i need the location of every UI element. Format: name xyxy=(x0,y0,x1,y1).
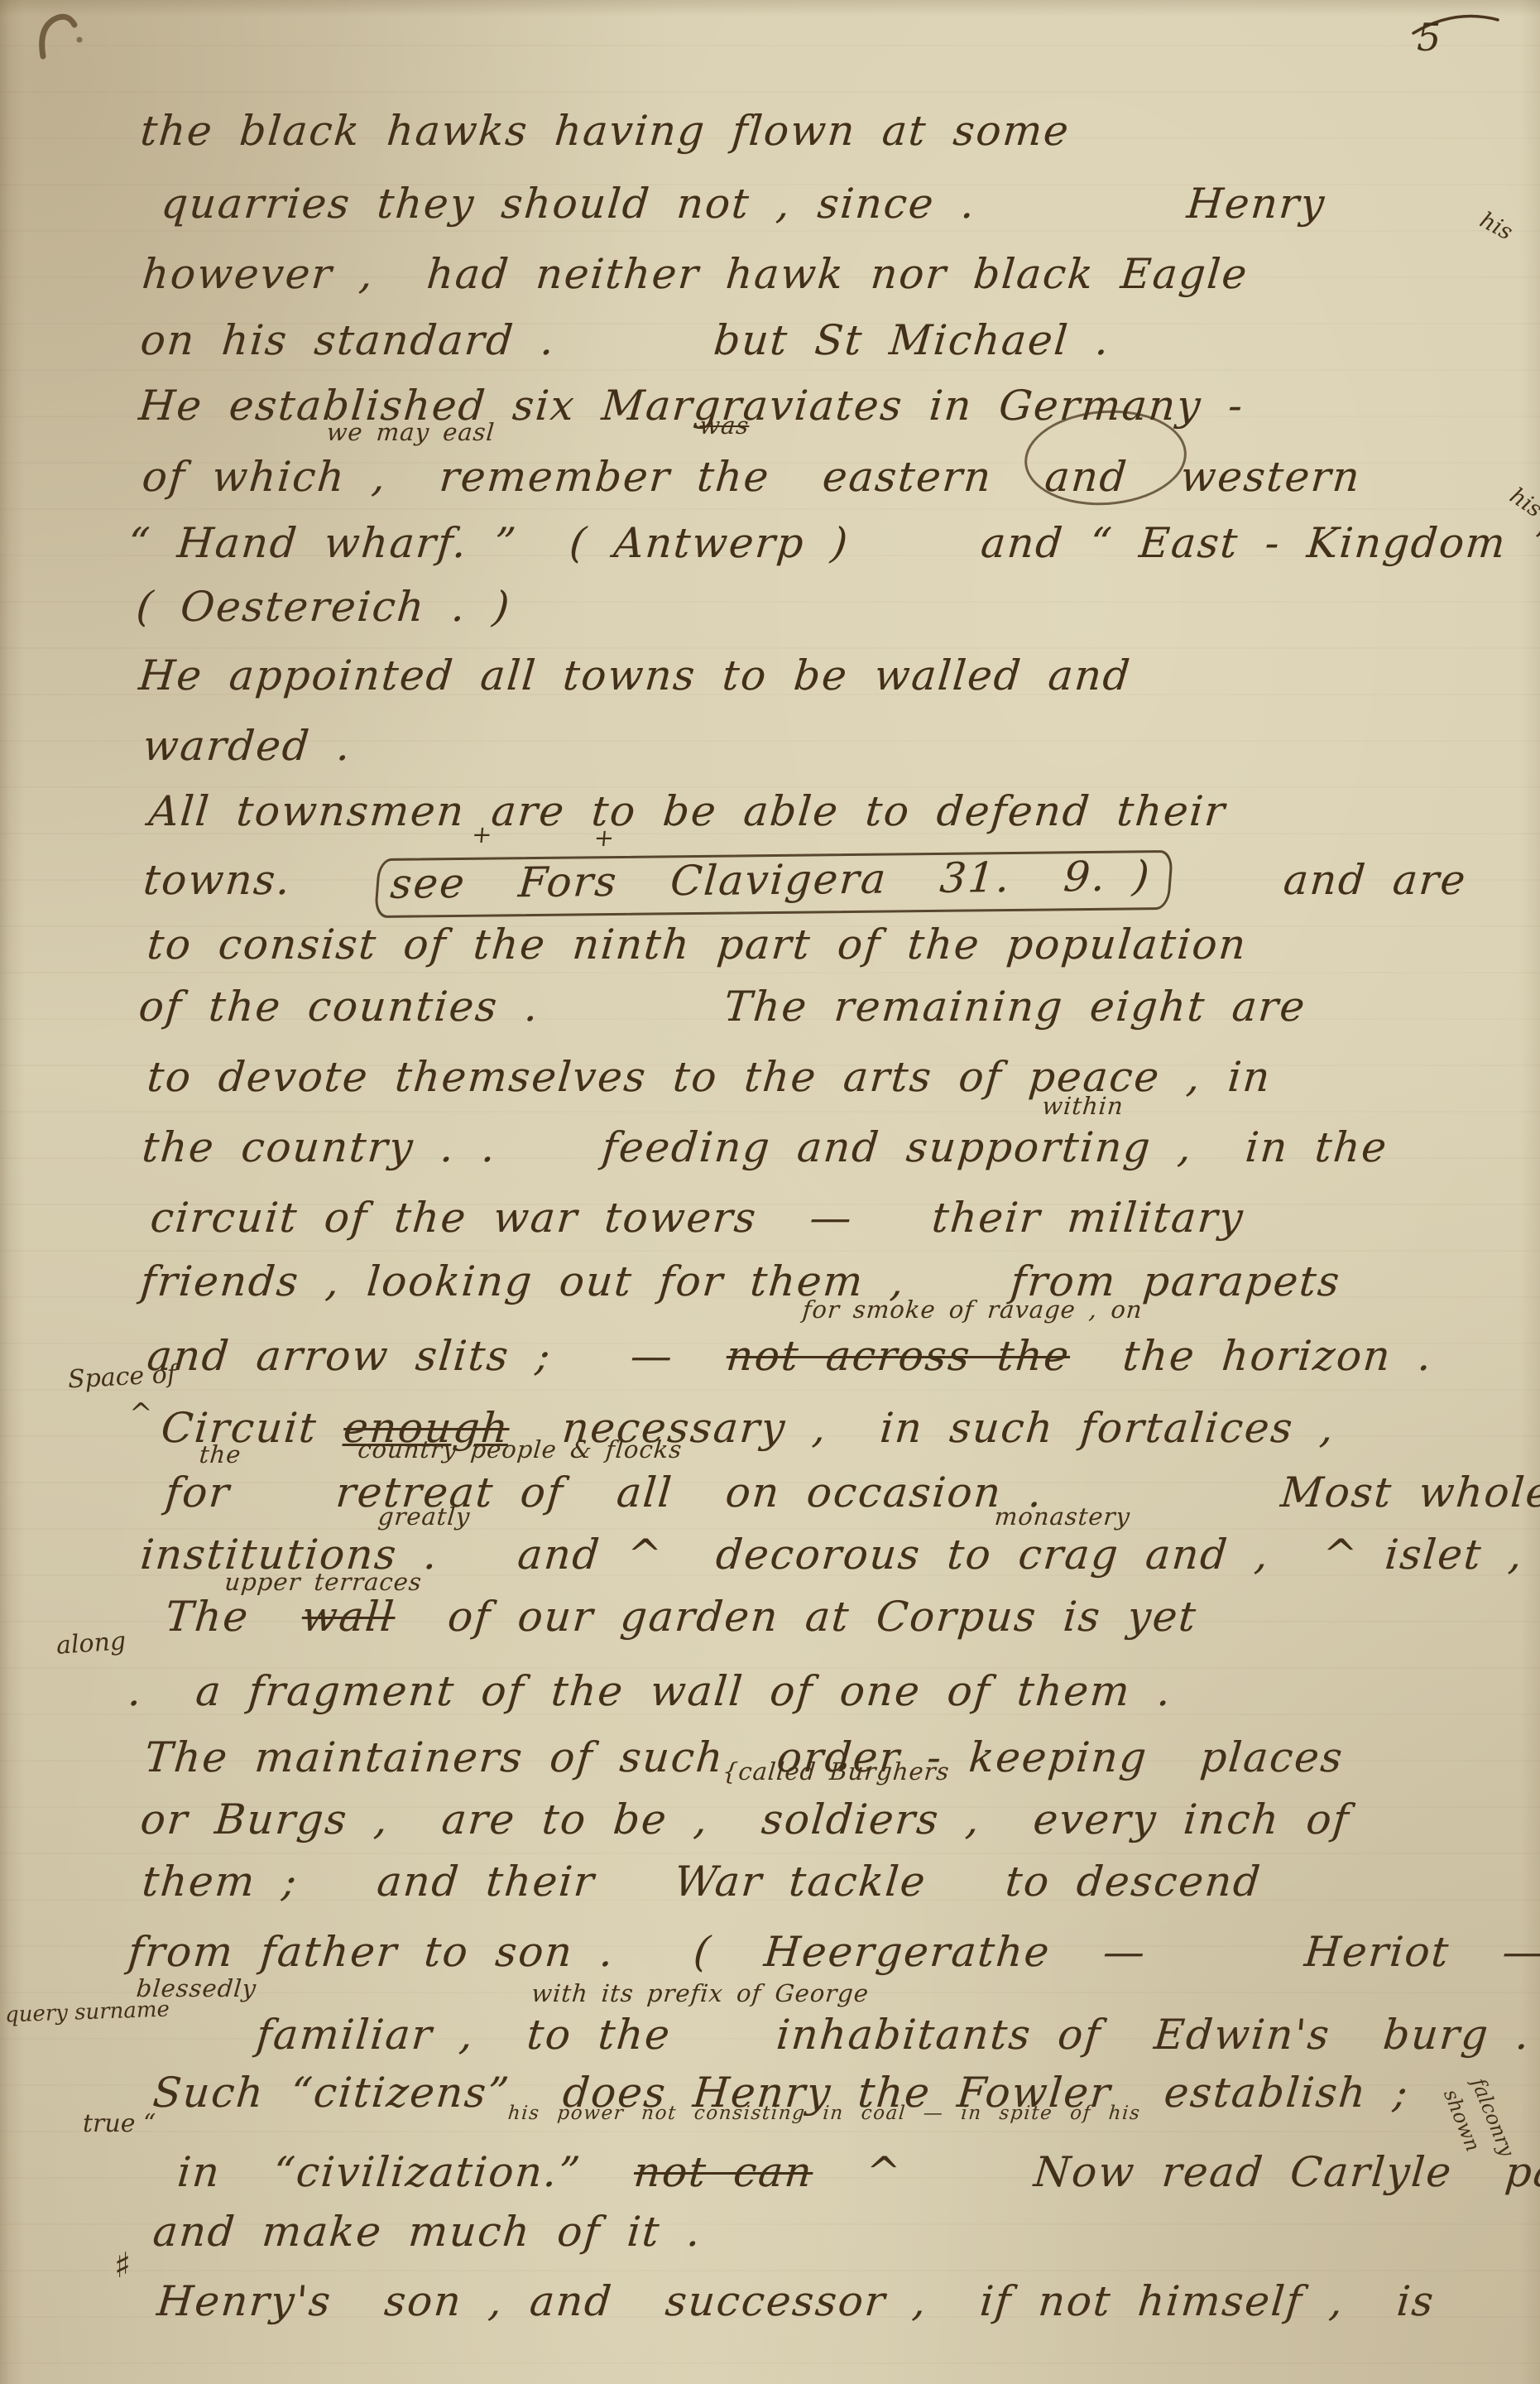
handwritten-text: friends , looking out for them , from pa… xyxy=(138,1257,1342,1305)
manuscript-line: circuit of the war towers — their milita… xyxy=(149,1194,1246,1241)
manuscript-line: the country . . feeding and supporting ,… xyxy=(141,1124,1390,1170)
manuscript-line: He appointed all towns to be walled and xyxy=(137,652,1134,699)
page-number: 5 xyxy=(1417,15,1441,60)
manuscript-line: warded . xyxy=(142,723,354,769)
manuscript-line: All townsmen are to be able to defend th… xyxy=(147,788,1229,834)
inserted-word: greatly xyxy=(377,1503,472,1530)
manuscript-line: to consist of the ninth part of the popu… xyxy=(146,921,1250,968)
struck-word: wall xyxy=(300,1593,397,1641)
inserted-word: blessedly xyxy=(135,1975,257,2002)
handwritten-text: familiar , to the inhabitants of Edwin's… xyxy=(254,2011,1540,2059)
handwritten-text: the horizon . xyxy=(1068,1332,1435,1380)
handwritten-text: however , had neither hawk nor black Eag… xyxy=(140,250,1250,298)
handwritten-text: quarries they should not , since . Henry xyxy=(159,180,1327,228)
handwritten-text: Henry's son , and successor , if not him… xyxy=(155,2277,1437,2325)
handwritten-text: circuit of the war towers — their milita… xyxy=(148,1194,1246,1242)
manuscript-line: or Burgs , are to be , soldiers , every … xyxy=(139,1796,1352,1843)
manuscript-line: ( Oestereich . ) xyxy=(135,584,513,630)
handwritten-text: Circuit xyxy=(159,1404,345,1452)
manuscript-line: of which , remember the eastern and west… xyxy=(141,454,1363,500)
manuscript-line: . a fragment of the wall of one of them … xyxy=(127,1668,1174,1714)
corner-ink-mark xyxy=(31,8,98,74)
manuscript-line: towns. see Fors Clavigera 31. 9. ) and a… xyxy=(141,854,1469,914)
manuscript-line: of the counties . The remaining eight ar… xyxy=(137,983,1308,1030)
manuscript-line: familiar , to the inhabitants of Edwin's… xyxy=(255,2011,1540,2058)
inserted-word: for smoke of ravage , on xyxy=(801,1296,1144,1323)
manuscript-line: from father to son . ( Heergerathe — Her… xyxy=(127,1929,1540,1975)
inserted-word: country people & flocks xyxy=(357,1436,684,1463)
handwritten-text: He established six Margraviates in Germa… xyxy=(137,382,1245,430)
manuscript-line: He established six Margraviates in Germa… xyxy=(137,382,1246,429)
handwritten-text: in “civilization.” xyxy=(175,2148,636,2196)
handwritten-text: of which , remember the eastern and west… xyxy=(140,453,1363,501)
inserted-word: monastery xyxy=(994,1503,1132,1530)
struck-word: not can xyxy=(632,2148,815,2196)
handwritten-text: warded . xyxy=(141,722,353,770)
handwritten-text: for retreat of all on occasion . Most wh… xyxy=(163,1468,1540,1516)
margin-note-hash-mark: ♯ xyxy=(114,2245,131,2285)
handwritten-text: on his standard . but St Michael . xyxy=(138,316,1112,364)
handwritten-text: of our garden at Corpus is yet xyxy=(393,1593,1199,1641)
manuscript-line: Henry's son , and successor , if not him… xyxy=(156,2278,1437,2324)
manuscript-line: for retreat of all on occasion . Most wh… xyxy=(164,1469,1540,1516)
manuscript-line: and arrow slits ; — not across the the h… xyxy=(146,1333,1435,1379)
manuscript-line: however , had neither hawk nor black Eag… xyxy=(141,251,1250,297)
handwritten-text: towns. xyxy=(142,856,373,904)
handwritten-text: He appointed all towns to be walled and xyxy=(137,651,1133,699)
inserted-word: + xyxy=(592,824,616,851)
handwritten-text: and are xyxy=(1176,856,1469,904)
margin-note-along: along xyxy=(55,1627,127,1661)
struck-inserted-word: was xyxy=(698,412,751,439)
struck-word: not across the xyxy=(724,1332,1072,1380)
manuscript-line: “ Hand wharf. ” ( Antwerp ) and “ East -… xyxy=(127,520,1540,566)
margin-note-space-caret: ^ xyxy=(129,1397,153,1430)
inserted-word: upper terraces xyxy=(223,1569,423,1595)
margin-note-his-upper: his xyxy=(1475,207,1517,245)
handwritten-text: to consist of the ninth part of the popu… xyxy=(145,920,1249,968)
inserted-word: + xyxy=(471,821,494,848)
margin-note-his-mid: his xyxy=(1505,483,1540,522)
manuscript-line: on his standard . but St Michael . xyxy=(139,317,1112,363)
manuscript-line: the black hawks having flown at some xyxy=(139,108,1072,154)
handwritten-text: them ; and their War tackle to descend xyxy=(140,1858,1263,1906)
handwritten-text: or Burgs , are to be , soldiers , every … xyxy=(138,1795,1351,1843)
handwritten-text: ( Oestereich . ) xyxy=(134,583,512,631)
handwritten-text: and make much of it . xyxy=(151,2208,703,2256)
handwritten-text: All townsmen are to be able to defend th… xyxy=(146,787,1228,835)
handwritten-text: the country . . feeding and supporting ,… xyxy=(140,1123,1389,1171)
inserted-word: within xyxy=(1041,1093,1125,1119)
inserted-word: {called Burghers xyxy=(722,1758,951,1785)
manuscript-line: Circuit enough necessary , in such forta… xyxy=(160,1405,1337,1451)
manuscript-line: The wall of our garden at Corpus is yetu… xyxy=(164,1593,1200,1640)
handwritten-text: The xyxy=(163,1593,304,1641)
handwritten-text: “ Hand wharf. ” ( Antwerp ) and “ East -… xyxy=(126,519,1540,567)
handwritten-text: from father to son . ( Heergerathe — Her… xyxy=(126,1928,1540,1976)
inserted-word: the xyxy=(199,1441,242,1468)
boxed-reference: see Fors Clavigera 31. 9. ) xyxy=(374,850,1173,918)
handwritten-text: of the counties . The remaining eight ar… xyxy=(137,983,1307,1031)
handwritten-text: ^ Now read Carlyle page xyxy=(811,2148,1540,2196)
manuscript-line: them ; and their War tackle to descend xyxy=(141,1858,1264,1905)
manuscript-line: and make much of it . xyxy=(151,2209,704,2255)
manuscript-line: quarries they should not , since . Henry xyxy=(160,180,1328,227)
manuscript-page: 5 his his Space of ^ along query surname… xyxy=(0,0,1540,2384)
handwritten-text: and arrow slits ; — xyxy=(145,1332,728,1380)
manuscript-line: friends , looking out for them , from pa… xyxy=(139,1258,1343,1305)
manuscript-line: in “civilization.” not can ^ Now read Ca… xyxy=(175,2140,1540,2197)
handwritten-text: the black hawks having flown at some xyxy=(138,107,1072,155)
inserted-word: we may easl xyxy=(325,419,496,445)
inserted-word: with its prefix of George xyxy=(530,1980,870,2007)
interlinear-note: his power not consisting in coal — in sp… xyxy=(507,2103,1142,2125)
handwritten-text: . a fragment of the wall of one of them … xyxy=(126,1667,1174,1715)
margin-note-true-quote: true “ xyxy=(83,2109,156,2138)
